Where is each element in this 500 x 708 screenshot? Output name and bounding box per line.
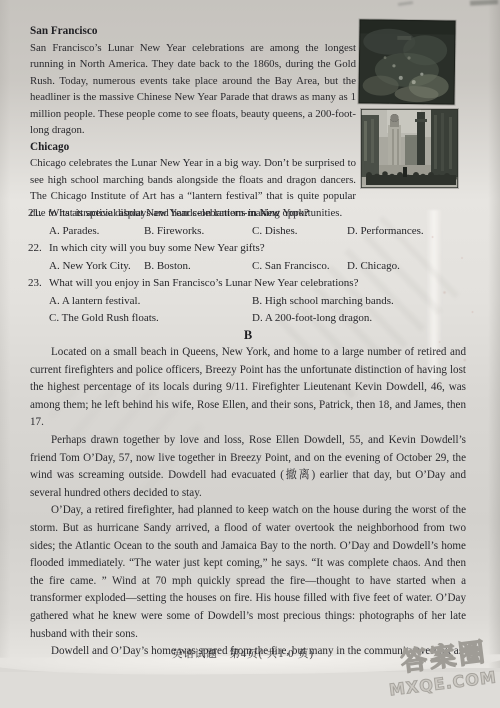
passage-b-label: B <box>30 328 466 344</box>
question-21: 21. What is special about New Year celeb… <box>30 207 478 225</box>
option-d: D. A 200-foot-long dragon. <box>252 312 372 324</box>
question-number: 23. <box>28 277 42 289</box>
option-c: C. Dishes. <box>252 225 298 237</box>
parade-street-photo <box>361 109 458 188</box>
option-d: D. Performances. <box>347 225 424 237</box>
lunar-new-year-crowd-photo <box>358 19 455 104</box>
passage-b-paragraph-2: Perhaps drawn together by love and loss,… <box>30 432 466 502</box>
question-number: 21. <box>28 207 42 219</box>
passage-b-paragraph-1: Located on a small beach in Queens, New … <box>30 344 466 432</box>
option-c: C. The Gold Rush floats. <box>49 312 159 324</box>
option-a: A. A lantern festival. <box>49 295 140 307</box>
question-22: 22. In which city will you buy some New … <box>30 242 478 260</box>
city-heading-san-francisco: San Francisco <box>30 23 356 40</box>
passage-b: B Located on a small beach in Queens, Ne… <box>30 328 466 661</box>
question-stem: What will you enjoy in San Francisco’s L… <box>49 277 358 289</box>
option-d: D. Chicago. <box>347 260 400 272</box>
page-footer: 英语试题 第4页( 共1 0 页) <box>0 646 486 661</box>
option-a: A. New York City. <box>49 260 131 272</box>
option-a: A. Parades. <box>49 225 99 237</box>
question-stem: In which city will you buy some New Year… <box>49 242 265 254</box>
option-c: C. San Francisco. <box>252 260 330 272</box>
question-block: 21. What is special about New Year celeb… <box>30 207 478 330</box>
question-22-options: A. New York City. B. Boston. C. San Fran… <box>30 260 478 278</box>
question-21-options: A. Parades. B. Fireworks. C. Dishes. D. … <box>30 225 478 243</box>
scan-background <box>0 672 500 708</box>
question-stem: What is special about New Year celebrati… <box>49 207 309 219</box>
question-23-options-row2: C. The Gold Rush floats. D. A 200-foot-l… <box>30 312 478 330</box>
city-paragraph-san-francisco: San Francisco’s Lunar New Year celebrati… <box>30 40 356 139</box>
question-number: 22. <box>28 242 42 254</box>
passage-a: San Francisco San Francisco’s Lunar New … <box>30 23 356 221</box>
question-23-options-row1: A. A lantern festival. B. High school ma… <box>30 295 478 313</box>
scanned-english-test-page: San Francisco San Francisco’s Lunar New … <box>0 0 500 708</box>
city-heading-chicago: Chicago <box>30 139 356 156</box>
option-b: B. Boston. <box>144 260 191 272</box>
question-23: 23. What will you enjoy in San Francisco… <box>30 277 478 295</box>
option-b: B. High school marching bands. <box>252 295 394 307</box>
passage-b-paragraph-3: O’Day, a retired firefighter, had planne… <box>30 502 466 643</box>
option-b: B. Fireworks. <box>144 225 204 237</box>
